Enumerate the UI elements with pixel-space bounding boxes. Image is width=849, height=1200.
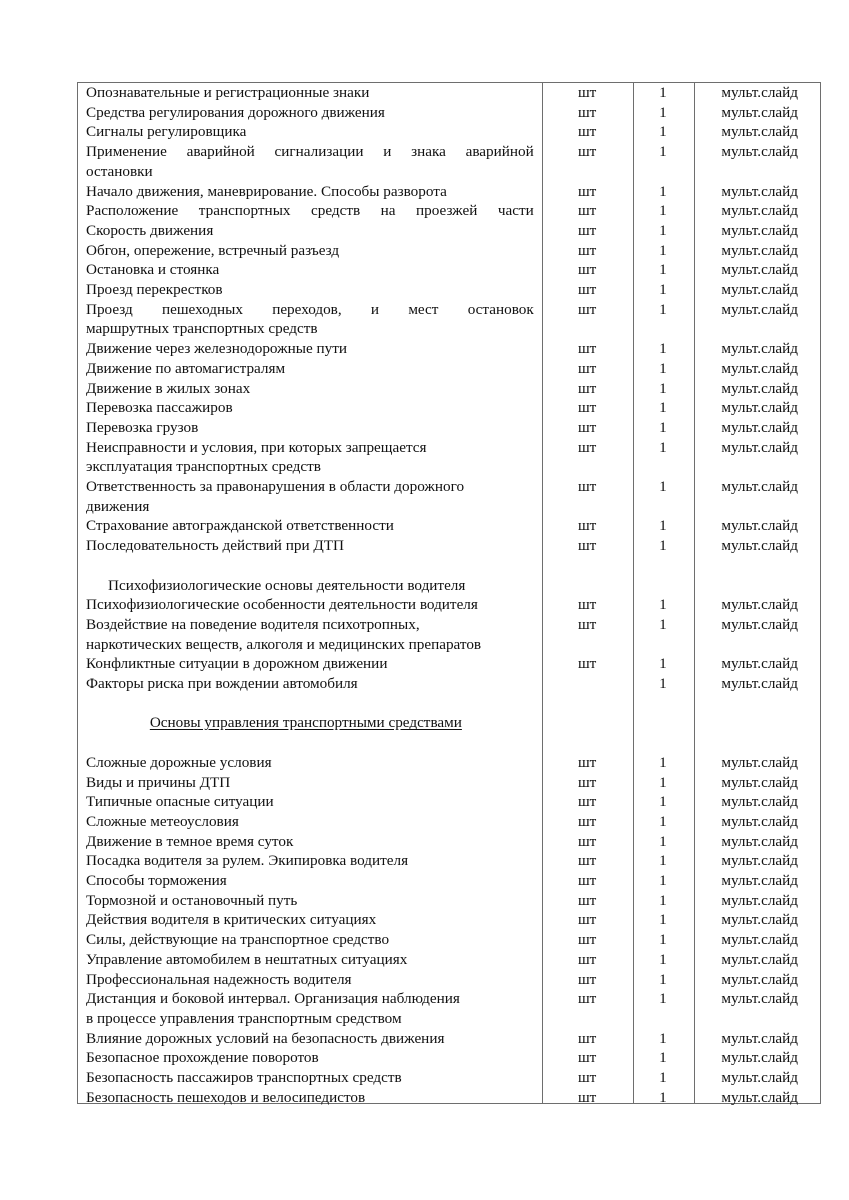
form-cell: мульт.слайд [693,910,820,930]
quantity-cell: 1 [633,891,694,911]
form-cell [693,713,820,733]
table-row: Средства регулирования дорожного движени… [78,103,820,123]
item-name-line: Посадка водителя за рулем. Экипировка во… [86,851,534,871]
quantity-cell: 1 [633,910,694,930]
unit-cell [542,713,633,733]
unit-cell: шт [542,910,633,930]
quantity-cell: 1 [633,182,694,202]
unit-cell: шт [542,241,633,261]
table-row: Безопасность пассажиров транспортных сре… [78,1068,820,1088]
quantity-cell: 1 [633,201,694,221]
form-cell: мульт.слайд [693,950,820,970]
item-name-cell: Проезд пешеходных переходов, и мест оста… [78,300,542,339]
table-row: Ответственность за правонарушения в обла… [78,477,820,516]
item-name-cell: Остановка и стоянка [78,260,542,280]
item-name-cell: Движение по автомагистралям [78,359,542,379]
quantity-cell: 1 [633,950,694,970]
unit-cell: шт [542,654,633,674]
unit-cell: шт [542,970,633,990]
table-row: Последовательность действий при ДТП шт 1… [78,536,820,556]
item-name-line: Перевозка пассажиров [86,398,534,418]
unit-cell: шт [542,300,633,339]
quantity-cell [633,713,694,733]
form-cell: мульт.слайд [693,970,820,990]
form-cell: мульт.слайд [693,260,820,280]
quantity-cell: 1 [633,260,694,280]
table-row: Сложные дорожные условия шт 1 мульт.слай… [78,753,820,773]
unit-cell: шт [542,950,633,970]
item-name-line: Скорость движения [86,221,534,241]
item-name-cell: Тормозной и остановочный путь [78,891,542,911]
item-name-line: Тормозной и остановочный путь [86,891,534,911]
table-row: Движение в темное время суток шт 1 мульт… [78,832,820,852]
quantity-cell: 1 [633,970,694,990]
unit-cell: шт [542,773,633,793]
item-name-line: Движение в темное время суток [86,832,534,852]
item-name-line: Безопасное прохождение поворотов [86,1048,534,1068]
unit-cell: шт [542,379,633,399]
quantity-cell: 1 [633,241,694,261]
form-cell: мульт.слайд [693,182,820,202]
form-cell: мульт.слайд [693,930,820,950]
unit-cell: шт [542,83,633,103]
quantity-cell: 1 [633,300,694,339]
unit-cell: шт [542,122,633,142]
item-name-line: Остановка и стоянка [86,260,534,280]
item-name-cell: Перевозка пассажиров [78,398,542,418]
quantity-cell: 1 [633,438,694,477]
quantity-cell: 1 [633,536,694,556]
item-name-cell: Опознавательные и регистрационные знаки [78,83,542,103]
item-name-line: наркотических веществ, алкоголя и медици… [86,635,534,655]
form-cell: мульт.слайд [693,438,820,477]
item-name-cell: Перевозка грузов [78,418,542,438]
quantity-cell: 1 [633,595,694,615]
form-cell: мульт.слайд [693,142,820,181]
table-row: Факторы риска при вождении автомобиля 1 … [78,674,820,694]
quantity-cell: 1 [633,851,694,871]
unit-cell: шт [542,418,633,438]
item-name-cell: Сложные метеоусловия [78,812,542,832]
form-cell: мульт.слайд [693,83,820,103]
table-row: Проезд перекрестков шт 1 мульт.слайд [78,280,820,300]
table-row: Дистанция и боковой интервал. Организаци… [78,989,820,1028]
form-cell [693,576,820,596]
quantity-cell: 1 [633,418,694,438]
table-row: Способы торможения шт 1 мульт.слайд [78,871,820,891]
table-row: Перевозка пассажиров шт 1 мульт.слайд [78,398,820,418]
unit-cell: шт [542,280,633,300]
item-name-cell: Воздействие на поведение водителя психот… [78,615,542,654]
blank-row [78,733,820,753]
form-cell: мульт.слайд [693,122,820,142]
item-name-cell: Движение через железнодорожные пути [78,339,542,359]
unit-cell: шт [542,1088,633,1108]
unit-cell: шт [542,516,633,536]
form-cell: мульт.слайд [693,379,820,399]
item-name-line: остановки [86,162,534,182]
unit-cell: шт [542,142,633,181]
table-row: Движение по автомагистралям шт 1 мульт.с… [78,359,820,379]
table-row: Профессиональная надежность водителя шт … [78,970,820,990]
table-row: Остановка и стоянка шт 1 мульт.слайд [78,260,820,280]
item-name-cell: Начало движения, маневрирование. Способы… [78,182,542,202]
form-cell: мульт.слайд [693,516,820,536]
item-name-cell: Конфликтные ситуации в дорожном движении [78,654,542,674]
item-name-cell: Проезд перекрестков [78,280,542,300]
item-name-line: Конфликтные ситуации в дорожном движении [86,654,534,674]
quantity-cell: 1 [633,221,694,241]
item-name-line: Психофизиологические особенности деятель… [86,595,534,615]
equipment-table: Опознавательные и регистрационные знаки … [77,82,821,1104]
quantity-cell: 1 [633,1068,694,1088]
table-row: Психофизиологические особенности деятель… [78,595,820,615]
form-cell: мульт.слайд [693,615,820,654]
item-name-cell: Обгон, опережение, встречный разъезд [78,241,542,261]
item-name-cell: Виды и причины ДТП [78,773,542,793]
unit-cell: шт [542,103,633,123]
form-cell: мульт.слайд [693,654,820,674]
quantity-cell: 1 [633,674,694,694]
item-name-cell: Действия водителя в критических ситуация… [78,910,542,930]
table-row: Начало движения, маневрирование. Способы… [78,182,820,202]
item-name-cell: Последовательность действий при ДТП [78,536,542,556]
item-name-line: эксплуатация транспортных средств [86,457,534,477]
form-cell: мульт.слайд [693,536,820,556]
quantity-cell: 1 [633,654,694,674]
item-name-cell: Движение в темное время суток [78,832,542,852]
table-row: Посадка водителя за рулем. Экипировка во… [78,851,820,871]
item-name-cell: Ответственность за правонарушения в обла… [78,477,542,516]
item-name-line: Типичные опасные ситуации [86,792,534,812]
quantity-cell: 1 [633,516,694,536]
form-cell: мульт.слайд [693,1048,820,1068]
quantity-cell: 1 [633,792,694,812]
form-cell: мульт.слайд [693,851,820,871]
quantity-cell: 1 [633,142,694,181]
item-name-line: движения [86,497,534,517]
unit-cell: шт [542,221,633,241]
item-name-cell: Психофизиологические особенности деятель… [78,595,542,615]
item-name-line: Движение через железнодорожные пути [86,339,534,359]
item-name-cell: Средства регулирования дорожного движени… [78,103,542,123]
item-name-line: Неисправности и условия, при которых зап… [86,438,534,458]
item-name-line: Перевозка грузов [86,418,534,438]
form-cell: мульт.слайд [693,398,820,418]
table-row: Влияние дорожных условий на безопасность… [78,1029,820,1049]
table-row: Виды и причины ДТП шт 1 мульт.слайд [78,773,820,793]
item-name-cell: Факторы риска при вождении автомобиля [78,674,542,694]
item-name-line: Безопасность пешеходов и велосипедистов [86,1088,534,1108]
form-cell: мульт.слайд [693,1068,820,1088]
item-name-line: Дистанция и боковой интервал. Организаци… [86,989,534,1009]
form-cell: мульт.слайд [693,300,820,339]
quantity-cell: 1 [633,989,694,1028]
form-cell: мульт.слайд [693,477,820,516]
item-name-cell: Страхование автогражданской ответственно… [78,516,542,536]
unit-cell: шт [542,398,633,418]
unit-cell: шт [542,339,633,359]
item-name-line: Способы торможения [86,871,534,891]
item-name-cell: Влияние дорожных условий на безопасность… [78,1029,542,1049]
table-row: Действия водителя в критических ситуация… [78,910,820,930]
unit-cell: шт [542,930,633,950]
table-row: Неисправности и условия, при которых зап… [78,438,820,477]
unit-cell: шт [542,1029,633,1049]
blank-row [78,694,820,714]
unit-cell [542,674,633,694]
unit-cell: шт [542,753,633,773]
form-cell: мульт.слайд [693,891,820,911]
unit-cell: шт [542,989,633,1028]
blank-row [78,556,820,576]
quantity-cell: 1 [633,122,694,142]
quantity-cell: 1 [633,359,694,379]
section-header-row: Психофизиологические основы деятельности… [78,576,820,596]
form-cell: мульт.слайд [693,1029,820,1049]
form-cell: мульт.слайд [693,832,820,852]
quantity-cell: 1 [633,379,694,399]
item-name-cell: Сложные дорожные условия [78,753,542,773]
item-name-line: Сложные дорожные условия [86,753,534,773]
form-cell: мульт.слайд [693,280,820,300]
quantity-cell: 1 [633,871,694,891]
document-page: Опознавательные и регистрационные знаки … [0,0,849,1200]
unit-cell: шт [542,595,633,615]
quantity-cell: 1 [633,83,694,103]
unit-cell: шт [542,891,633,911]
form-cell: мульт.слайд [693,1088,820,1108]
item-name-line: Обгон, опережение, встречный разъезд [86,241,534,261]
table-row: Типичные опасные ситуации шт 1 мульт.сла… [78,792,820,812]
table-row: Движение через железнодорожные пути шт 1… [78,339,820,359]
item-name-cell: Расположение транспортных средств на про… [78,201,542,221]
item-name-line: Движение в жилых зонах [86,379,534,399]
item-name-line: Проезд перекрестков [86,280,534,300]
unit-cell: шт [542,359,633,379]
item-name-cell: Сигналы регулировщика [78,122,542,142]
quantity-cell: 1 [633,280,694,300]
table-row: Обгон, опережение, встречный разъезд шт … [78,241,820,261]
table-row: Воздействие на поведение водителя психот… [78,615,820,654]
item-name-cell: Безопасность пассажиров транспортных сре… [78,1068,542,1088]
item-name-line: Расположение транспортных средств на про… [86,201,534,221]
item-name-cell: Управление автомобилем в нештатных ситуа… [78,950,542,970]
item-name-line: в процессе управления транспортным средс… [86,1009,534,1029]
table-row: Опознавательные и регистрационные знаки … [78,83,820,103]
item-name-cell: Безопасное прохождение поворотов [78,1048,542,1068]
unit-cell: шт [542,812,633,832]
section-title: Психофизиологические основы деятельности… [78,576,542,596]
quantity-cell: 1 [633,1088,694,1108]
item-name-cell: Безопасность пешеходов и велосипедистов [78,1088,542,1108]
item-name-line: Страхование автогражданской ответственно… [86,516,534,536]
form-cell: мульт.слайд [693,103,820,123]
item-name-cell: Неисправности и условия, при которых зап… [78,438,542,477]
unit-cell [542,576,633,596]
table-row: Применение аварийной сигнализации и знак… [78,142,820,181]
section-header-row: Основы управления транспортными средства… [78,713,820,733]
unit-cell: шт [542,1068,633,1088]
item-name-line: маршрутных транспортных средств [86,319,534,339]
table-row: Сигналы регулировщика шт 1 мульт.слайд [78,122,820,142]
table-body: Опознавательные и регистрационные знаки … [78,83,820,1108]
quantity-cell: 1 [633,753,694,773]
unit-cell: шт [542,182,633,202]
quantity-cell: 1 [633,339,694,359]
table-row: Сложные метеоусловия шт 1 мульт.слайд [78,812,820,832]
form-cell: мульт.слайд [693,201,820,221]
form-cell: мульт.слайд [693,753,820,773]
quantity-cell: 1 [633,615,694,654]
item-name-line: Опознавательные и регистрационные знаки [86,83,534,103]
form-cell: мульт.слайд [693,241,820,261]
unit-cell: шт [542,851,633,871]
quantity-cell: 1 [633,773,694,793]
quantity-cell: 1 [633,1048,694,1068]
table-row: Тормозной и остановочный путь шт 1 мульт… [78,891,820,911]
unit-cell: шт [542,438,633,477]
form-cell: мульт.слайд [693,221,820,241]
item-name-cell: Посадка водителя за рулем. Экипировка во… [78,851,542,871]
unit-cell: шт [542,201,633,221]
item-name-cell: Скорость движения [78,221,542,241]
form-cell: мульт.слайд [693,359,820,379]
item-name-line: Влияние дорожных условий на безопасность… [86,1029,534,1049]
unit-cell: шт [542,871,633,891]
item-name-line: Действия водителя в критических ситуация… [86,910,534,930]
item-name-cell: Силы, действующие на транспортное средст… [78,930,542,950]
quantity-cell: 1 [633,398,694,418]
unit-cell: шт [542,615,633,654]
item-name-line: Виды и причины ДТП [86,773,534,793]
table-row: Конфликтные ситуации в дорожном движении… [78,654,820,674]
form-cell: мульт.слайд [693,792,820,812]
table-row: Страхование автогражданской ответственно… [78,516,820,536]
table-row: Движение в жилых зонах шт 1 мульт.слайд [78,379,820,399]
quantity-cell: 1 [633,103,694,123]
item-name-line: Профессиональная надежность водителя [86,970,534,990]
table-row: Безопасное прохождение поворотов шт 1 му… [78,1048,820,1068]
item-name-line: Управление автомобилем в нештатных ситуа… [86,950,534,970]
item-name-line: Последовательность действий при ДТП [86,536,534,556]
unit-cell: шт [542,536,633,556]
item-name-cell: Типичные опасные ситуации [78,792,542,812]
item-name-cell: Применение аварийной сигнализации и знак… [78,142,542,181]
form-cell: мульт.слайд [693,812,820,832]
item-name-line: Начало движения, маневрирование. Способы… [86,182,534,202]
item-name-cell: Движение в жилых зонах [78,379,542,399]
item-name-cell: Профессиональная надежность водителя [78,970,542,990]
quantity-cell: 1 [633,1029,694,1049]
table-row: Управление автомобилем в нештатных ситуа… [78,950,820,970]
table-row: Силы, действующие на транспортное средст… [78,930,820,950]
item-name-line: Средства регулирования дорожного движени… [86,103,534,123]
table-row: Скорость движения шт 1 мульт.слайд [78,221,820,241]
item-name-line: Проезд пешеходных переходов, и мест оста… [86,300,534,320]
item-name-line: Ответственность за правонарушения в обла… [86,477,534,497]
item-name-line: Сигналы регулировщика [86,122,534,142]
form-cell: мульт.слайд [693,595,820,615]
item-name-line: Силы, действующие на транспортное средст… [86,930,534,950]
item-name-line: Сложные метеоусловия [86,812,534,832]
form-cell: мульт.слайд [693,418,820,438]
item-name-line: Факторы риска при вождении автомобиля [86,674,534,694]
table-row: Проезд пешеходных переходов, и мест оста… [78,300,820,339]
quantity-cell [633,576,694,596]
section-title: Основы управления транспортными средства… [78,713,542,733]
unit-cell: шт [542,792,633,812]
table-row: Перевозка грузов шт 1 мульт.слайд [78,418,820,438]
quantity-cell: 1 [633,930,694,950]
table-row: Безопасность пешеходов и велосипедистов … [78,1088,820,1108]
quantity-cell: 1 [633,832,694,852]
item-name-cell: Способы торможения [78,871,542,891]
unit-cell: шт [542,477,633,516]
item-name-cell: Дистанция и боковой интервал. Организаци… [78,989,542,1028]
form-cell: мульт.слайд [693,773,820,793]
form-cell: мульт.слайд [693,871,820,891]
item-name-line: Безопасность пассажиров транспортных сре… [86,1068,534,1088]
quantity-cell: 1 [633,477,694,516]
form-cell: мульт.слайд [693,989,820,1028]
unit-cell: шт [542,1048,633,1068]
item-name-line: Применение аварийной сигнализации и знак… [86,142,534,162]
quantity-cell: 1 [633,812,694,832]
table-row: Расположение транспортных средств на про… [78,201,820,221]
unit-cell: шт [542,260,633,280]
section-title-text: Основы управления транспортными средства… [150,714,462,731]
unit-cell: шт [542,832,633,852]
form-cell: мульт.слайд [693,339,820,359]
item-name-line: Воздействие на поведение водителя психот… [86,615,534,635]
section-title-text: Психофизиологические основы деятельности… [108,577,465,594]
item-name-line: Движение по автомагистралям [86,359,534,379]
form-cell: мульт.слайд [693,674,820,694]
